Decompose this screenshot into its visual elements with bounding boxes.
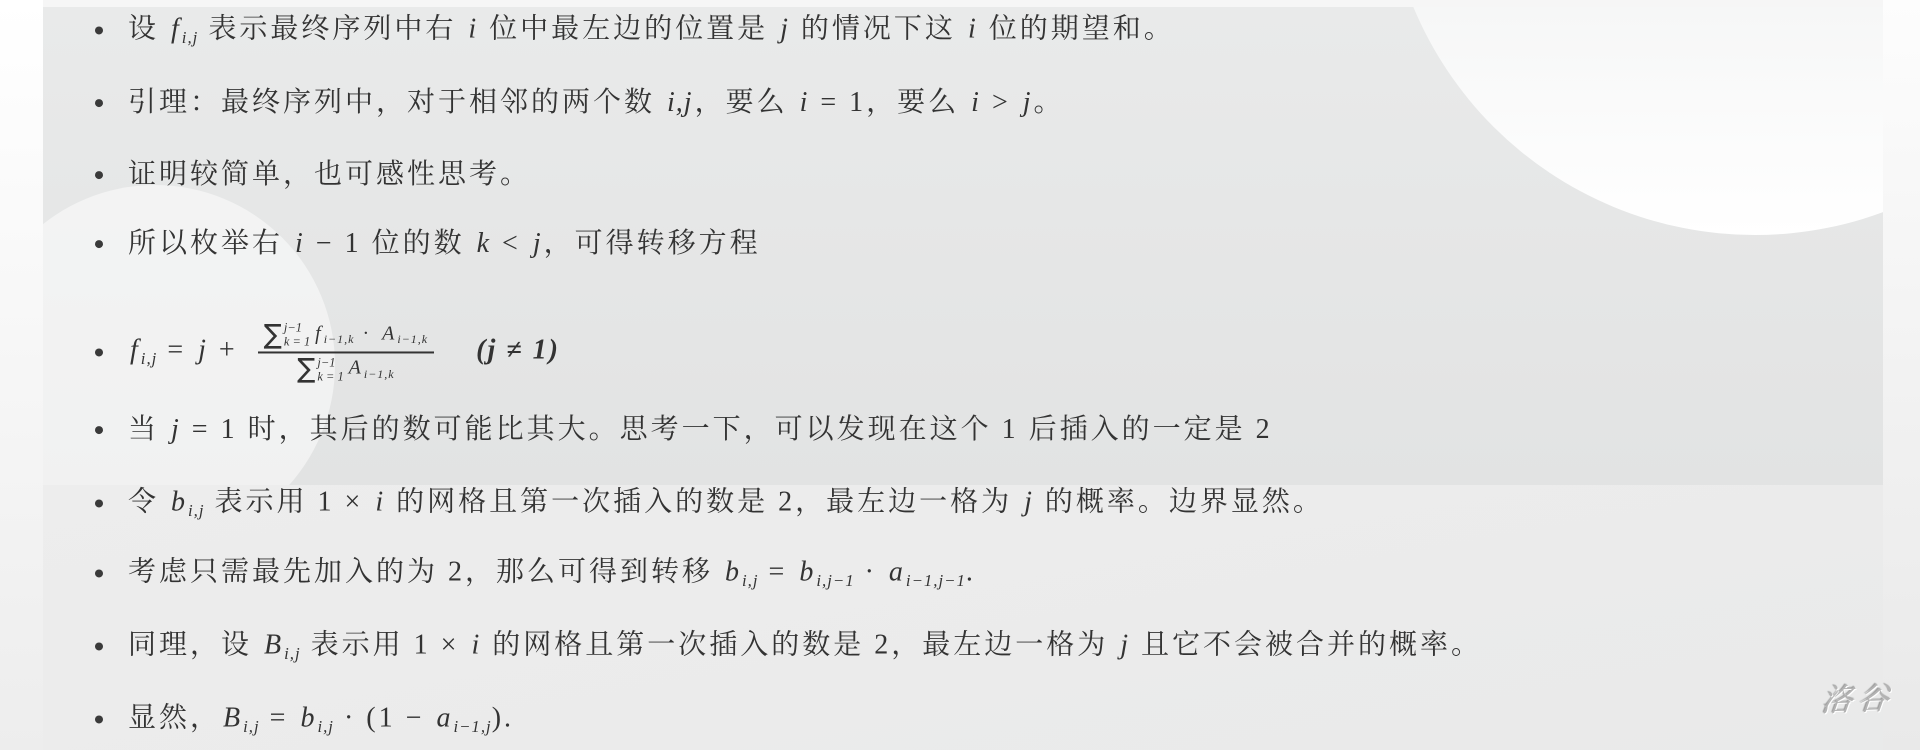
- bullet-marker: [95, 240, 103, 248]
- math-variable: j: [196, 334, 209, 365]
- text-run: =: [759, 556, 798, 587]
- text-run: 考虑只需最先加入的为 2，那么可得到转移: [128, 556, 723, 587]
- bullet-item: 设 fi,j 表示最终序列中右 i 位中最左边的位置是 j 的情况下这 i 位的…: [95, 10, 1175, 49]
- math-variable: b: [797, 556, 816, 587]
- math-subscript: i,j: [742, 571, 759, 590]
- math-variable: a: [887, 556, 906, 587]
- text-run: 设: [128, 13, 169, 44]
- text-run: ，可得转移方程: [544, 228, 761, 259]
- math-variable: A: [380, 322, 397, 344]
- bullet-item: 令 bi,j 表示用 1 × i 的网格且第一次插入的数是 2，最左边一格为 j…: [95, 483, 1324, 522]
- text-run: <: [492, 228, 531, 259]
- bullet-marker: [95, 642, 103, 650]
- text-run: 位中最左边的位置是: [479, 13, 778, 44]
- math-variable: B: [221, 702, 243, 733]
- math-subscript: i−1,j: [453, 717, 491, 736]
- text-run: 的网格且第一次插入的数是 2，最左边一格为: [482, 629, 1118, 660]
- math-subscript: i−1,k: [364, 367, 395, 381]
- bullet-item: 证明较简单，也可感性思考。: [95, 156, 531, 194]
- math-variable: A: [347, 357, 364, 379]
- math-variable: j: [778, 13, 791, 44]
- text-run: 当: [128, 414, 169, 445]
- text-run: = 1，要么: [810, 87, 969, 118]
- bullet-text: 所以枚举右 i − 1 位的数 k < j，可得转移方程: [128, 225, 761, 263]
- bullet-text: 考虑只需最先加入的为 2，那么可得到转移 bi,j = bi,j−1 · ai−…: [128, 553, 976, 592]
- text-run: ·: [354, 322, 380, 344]
- math-variable: f: [313, 322, 324, 344]
- math-variable: j: [169, 414, 182, 445]
- text-run: 引理：最终序列中，对于相邻的两个数: [128, 87, 665, 118]
- text-run: >: [982, 87, 1021, 118]
- text-run: = 1 时，其后的数可能比其大。思考一下，可以发现在这个 1 后插入的一定是 2: [182, 414, 1273, 445]
- bullet-marker: [95, 99, 103, 107]
- bullet-text: 令 bi,j 表示用 1 × i 的网格且第一次插入的数是 2，最左边一格为 j…: [128, 483, 1324, 522]
- text-run: 。: [1034, 87, 1065, 118]
- math-variable: i: [798, 87, 811, 118]
- math-variable: j: [1022, 486, 1035, 517]
- math-subscript: i,j: [243, 717, 260, 736]
- math-variable: i,j: [665, 87, 695, 118]
- text-run: 的情况下这: [791, 13, 966, 44]
- bullet-text: 显然，Bi,j = bi,j · (1 − ai−1,j).: [128, 699, 514, 738]
- math-subscript: i−1,k: [397, 332, 428, 346]
- text-run: =: [260, 702, 299, 733]
- fraction: ∑j−1k = 1fi−1,k · Ai−1,k∑j−1k = 1Ai−1,k: [258, 319, 434, 384]
- bullet-marker: [95, 26, 103, 34]
- fraction-bar: [258, 351, 434, 353]
- text-run: .: [966, 556, 976, 587]
- math-subscript: i,j: [317, 717, 334, 736]
- math-variable: i: [966, 13, 979, 44]
- text-run: ，要么: [695, 87, 798, 118]
- bullet-text: 同理，设 Bi,j 表示用 1 × i 的网格且第一次插入的数是 2，最左边一格…: [128, 626, 1482, 665]
- math-variable: k: [475, 228, 492, 259]
- bullet-item: fi,j = j + ∑j−1k = 1fi−1,k · Ai−1,k∑j−1k…: [95, 319, 560, 384]
- bullet-item: 考虑只需最先加入的为 2，那么可得到转移 bi,j = bi,j−1 · ai−…: [95, 553, 976, 592]
- text-run: 表示最终序列中右: [198, 13, 466, 44]
- bullet-list: 设 fi,j 表示最终序列中右 i 位中最左边的位置是 j 的情况下这 i 位的…: [0, 0, 1920, 750]
- math-subscript: i,j: [284, 644, 301, 663]
- math-subscript: i−1,j−1: [906, 571, 966, 590]
- math-subscript: i,j: [141, 349, 158, 368]
- bullet-text: 引理：最终序列中，对于相邻的两个数 i,j，要么 i = 1，要么 i > j。: [128, 84, 1065, 122]
- summation-upper: j−1: [317, 355, 343, 369]
- bullet-marker: [95, 715, 103, 723]
- math-subscript: i−1,k: [324, 332, 355, 346]
- math-variable: j: [531, 228, 544, 259]
- text-run: =: [157, 334, 196, 365]
- math-condition: (j ≠ 1): [476, 334, 560, 365]
- bullet-item: 同理，设 Bi,j 表示用 1 × i 的网格且第一次插入的数是 2，最左边一格…: [95, 626, 1482, 665]
- math-variable: b: [298, 702, 317, 733]
- math-variable: B: [262, 629, 284, 660]
- summation: ∑j−1k = 1: [297, 355, 343, 384]
- fraction-numerator: ∑j−1k = 1fi−1,k · Ai−1,k: [258, 319, 434, 350]
- summation-lower: k = 1: [317, 369, 343, 383]
- text-run: 且它不会被合并的概率。: [1131, 629, 1482, 660]
- math-variable: i: [293, 228, 306, 259]
- math-variable: i: [969, 87, 982, 118]
- summation-upper: j−1: [284, 320, 310, 334]
- text-run: 所以枚举右: [128, 228, 293, 259]
- math-variable: b: [169, 486, 188, 517]
- bullet-item: 当 j = 1 时，其后的数可能比其大。思考一下，可以发现在这个 1 后插入的一…: [95, 411, 1273, 449]
- sigma-symbol: ∑: [264, 321, 282, 348]
- text-run: 令: [128, 486, 169, 517]
- math-variable: f: [128, 334, 141, 365]
- summation-limits: j−1k = 1: [317, 355, 343, 384]
- math-variable: j: [1021, 87, 1034, 118]
- text-run: 显然，: [128, 702, 221, 733]
- math-subscript: i,j: [188, 501, 205, 520]
- bullet-text: fi,j = j + ∑j−1k = 1fi−1,k · Ai−1,k∑j−1k…: [128, 319, 560, 384]
- math-variable: i: [466, 13, 479, 44]
- bullet-marker: [95, 569, 103, 577]
- text-run: 的网格且第一次插入的数是 2，最左边一格为: [386, 486, 1022, 517]
- bullet-item: 显然，Bi,j = bi,j · (1 − ai−1,j).: [95, 699, 514, 738]
- bullet-text: 设 fi,j 表示最终序列中右 i 位中最左边的位置是 j 的情况下这 i 位的…: [128, 10, 1175, 49]
- text-run: 位的期望和。: [979, 13, 1175, 44]
- math-variable: f: [169, 13, 182, 44]
- bullet-marker: [95, 171, 103, 179]
- math-variable: i: [469, 629, 482, 660]
- text-run: +: [209, 334, 248, 365]
- text-run: − 1 位的数: [306, 228, 475, 259]
- bullet-text: 当 j = 1 时，其后的数可能比其大。思考一下，可以发现在这个 1 后插入的一…: [128, 411, 1273, 449]
- fraction-denominator: ∑j−1k = 1Ai−1,k: [291, 354, 400, 385]
- text-run: 的概率。边界显然。: [1035, 486, 1324, 517]
- text-run: ·: [855, 556, 887, 587]
- text-run: 表示用 1 ×: [205, 486, 374, 517]
- text-run: 证明较简单，也可感性思考。: [128, 159, 531, 190]
- summation-limits: j−1k = 1: [284, 320, 310, 349]
- math-variable: j: [1118, 629, 1131, 660]
- bullet-item: 引理：最终序列中，对于相邻的两个数 i,j，要么 i = 1，要么 i > j。: [95, 84, 1065, 122]
- math-subscript: i,j−1: [816, 571, 854, 590]
- bullet-text: 证明较简单，也可感性思考。: [128, 156, 531, 194]
- bullet-marker: [95, 499, 103, 507]
- watermark: 洛谷: [1819, 673, 1896, 720]
- summation-lower: k = 1: [284, 335, 310, 349]
- text-run: 同理，设: [128, 629, 262, 660]
- math-variable: b: [723, 556, 742, 587]
- slide-page: 设 fi,j 表示最终序列中右 i 位中最左边的位置是 j 的情况下这 i 位的…: [0, 0, 1920, 750]
- bullet-marker: [95, 348, 103, 356]
- text-run: ).: [492, 702, 514, 733]
- text-run: 表示用 1 ×: [301, 629, 470, 660]
- math-variable: i: [373, 486, 386, 517]
- text-run: · (1 −: [334, 702, 434, 733]
- math-subscript: i,j: [182, 28, 199, 47]
- bullet-item: 所以枚举右 i − 1 位的数 k < j，可得转移方程: [95, 225, 761, 263]
- summation: ∑j−1k = 1: [264, 320, 310, 349]
- bullet-marker: [95, 426, 103, 434]
- math-variable: a: [434, 702, 453, 733]
- sigma-symbol: ∑: [297, 356, 315, 383]
